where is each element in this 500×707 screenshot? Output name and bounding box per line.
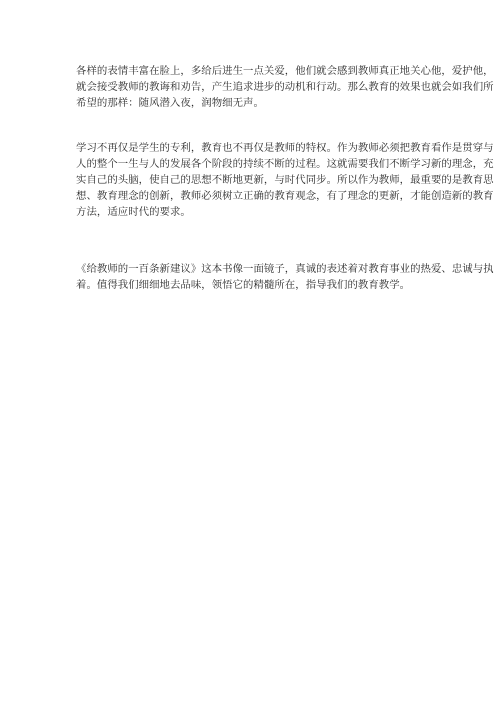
paragraph-line: 学习不再仅是学生的专利，教育也不再仅是教师的特权。作为教师必须把教育看作是贯穿与	[76, 142, 494, 154]
paragraph-line: 就会接受教师的教诲和劝告，产生追求进步的动机和行动。那么教育的效果也就会如我们所	[76, 81, 494, 93]
paragraph-line: 各样的表情丰富在脸上，多给后进生一点关爱，他们就会感到教师真正地关心他，爱护他，	[76, 65, 494, 77]
paragraph-line: 方法，适应时代的要求。	[76, 206, 191, 218]
document-page: 各样的表情丰富在脸上，多给后进生一点关爱，他们就会感到教师真正地关心他，爱护他，…	[0, 0, 500, 707]
paragraph-line: 希望的那样：随风潜入夜，润物细无声。	[76, 97, 264, 109]
paragraph-line: 着。值得我们细细地去品味，领悟它的精髓所在，指导我们的教育教学。	[76, 279, 410, 291]
paragraph-line: 《给教师的一百条新建议》这本书像一面镜子，真诚的表述着对教育事业的热爱、忠诚与执	[76, 263, 494, 275]
paragraph-line: 实自己的头脑，使自己的思想不断地更新，与时代同步。所以作为教师，最重要的是教育思	[76, 174, 494, 186]
paragraph-line: 人的整个一生与人的发展各个阶段的持续不断的过程。这就需要我们不断学习新的理念，充	[76, 158, 494, 170]
paragraph-line: 想、教育理念的创新，教师必须树立正确的教育观念，有了理念的更新，才能创造新的教育	[76, 190, 494, 202]
